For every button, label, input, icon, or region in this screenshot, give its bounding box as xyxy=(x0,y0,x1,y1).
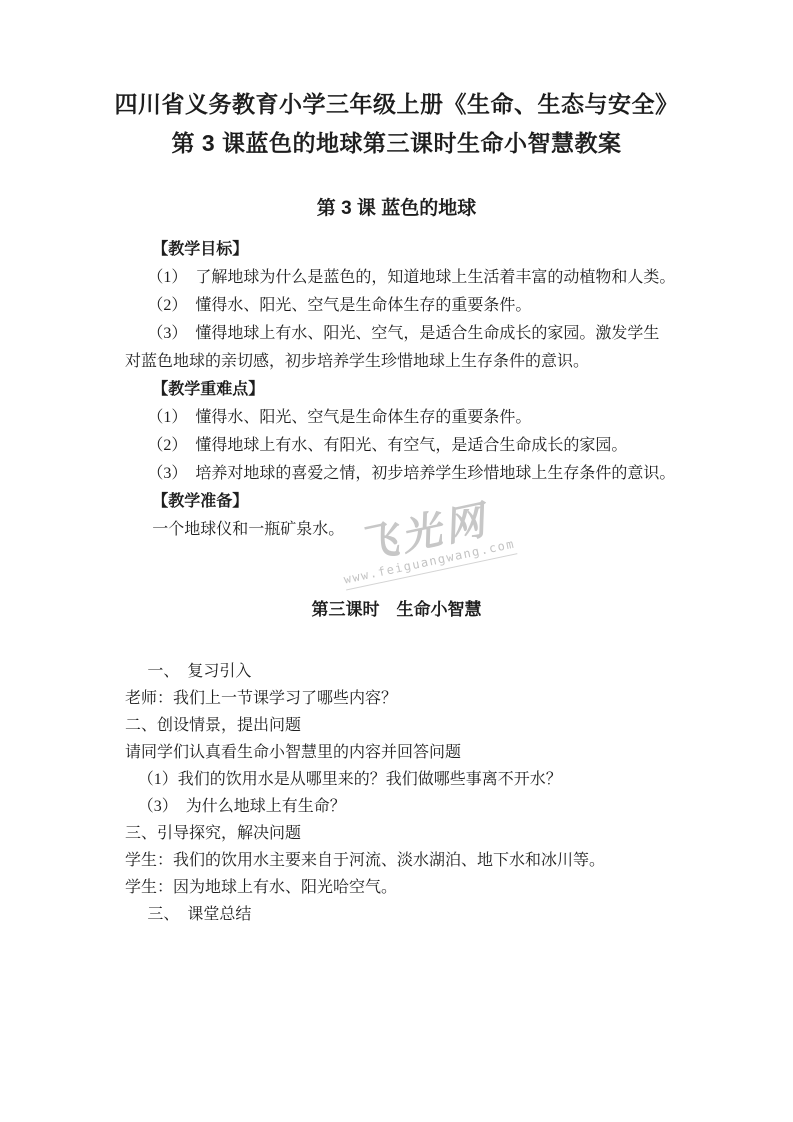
document-title-line1: 四川省义务教育小学三年级上册《生命、生态与安全》 xyxy=(0,85,793,124)
lesson-heading: 第 3 课 蓝色的地球 xyxy=(0,196,793,222)
procedure-teacher-question: 老师：我们上一节课学习了哪些内容？ xyxy=(125,685,695,712)
period-heading: 第三课时 生命小智慧 xyxy=(0,597,793,623)
procedure-question-1: （1）我们的饮用水是从哪里来的？我们做哪些事离不开水？ xyxy=(125,766,695,793)
preparation-heading: 【教学准备】 xyxy=(125,488,695,516)
objectives-heading: 【教学目标】 xyxy=(125,236,695,264)
procedure-student-answer-1: 学生：我们的饮用水主要来自于河流、淡水湖泊、地下水和冰川等。 xyxy=(125,847,695,874)
procedure-step-create-scene: 二、创设情景，提出问题 xyxy=(125,712,695,739)
objective-item-3-continued: 对蓝色地球的亲切感，初步培养学生珍惜地球上生存条件的意识。 xyxy=(125,348,695,376)
keypoint-item-2: （2） 懂得地球上有水、有阳光、有空气，是适合生命成长的家园。 xyxy=(125,432,695,460)
teaching-procedure: 一、 复习引入 老师：我们上一节课学习了哪些内容？ 二、创设情景，提出问题 请同… xyxy=(125,658,695,928)
document-title: 四川省义务教育小学三年级上册《生命、生态与安全》 第 3 课蓝色的地球第三课时生… xyxy=(0,85,793,163)
objective-item-2: （2） 懂得水、阳光、空气是生命体生存的重要条件。 xyxy=(125,292,695,320)
procedure-step-review-intro: 一、 复习引入 xyxy=(125,658,695,685)
procedure-student-answer-2: 学生：因为地球上有水、阳光哈空气。 xyxy=(125,874,695,901)
procedure-step-summary: 三、 课堂总结 xyxy=(125,901,695,928)
procedure-question-3: （3） 为什么地球上有生命？ xyxy=(125,793,695,820)
objective-item-3: （3） 懂得地球上有水、阳光、空气，是适合生命成长的家园。激发学生 xyxy=(125,320,695,348)
document-page: 四川省义务教育小学三年级上册《生命、生态与安全》 第 3 课蓝色的地球第三课时生… xyxy=(0,0,793,1122)
procedure-step-explore: 三、引导探究，解决问题 xyxy=(125,820,695,847)
document-title-line2: 第 3 课蓝色的地球第三课时生命小智慧教案 xyxy=(0,124,793,163)
keypoints-heading: 【教学重难点】 xyxy=(125,376,695,404)
keypoint-item-1: （1） 懂得水、阳光、空气是生命体生存的重要条件。 xyxy=(125,404,695,432)
procedure-instruction: 请同学们认真看生命小智慧里的内容并回答问题 xyxy=(125,739,695,766)
keypoint-item-3: （3） 培养对地球的喜爱之情，初步培养学生珍惜地球上生存条件的意识。 xyxy=(125,460,695,488)
objective-item-1: （1） 了解地球为什么是蓝色的，知道地球上生活着丰富的动植物和人类。 xyxy=(125,264,695,292)
lesson-plan-body: 【教学目标】 （1） 了解地球为什么是蓝色的，知道地球上生活着丰富的动植物和人类… xyxy=(125,236,695,544)
preparation-text: 一个地球仪和一瓶矿泉水。 xyxy=(125,516,695,544)
